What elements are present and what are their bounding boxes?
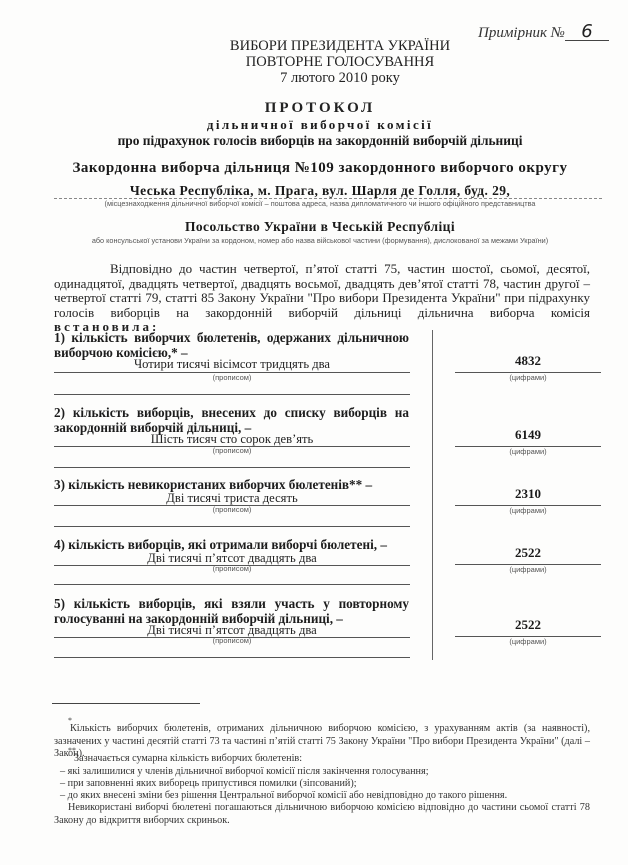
- item-figure: 2522: [455, 545, 601, 561]
- item-words: Дві тисячі триста десять: [54, 491, 410, 506]
- extra-line: [54, 526, 410, 527]
- item-label: 3) кількість невикористаних виборчих бюл…: [54, 477, 434, 492]
- words-caption: (прописом): [54, 636, 410, 645]
- item-label: 2) кількість виборців, внесених до списк…: [54, 405, 409, 435]
- station-name: Закордонна виборча дільниця №109 закордо…: [40, 160, 600, 177]
- words-caption: (прописом): [54, 505, 410, 514]
- election-title: ВИБОРИ ПРЕЗИДЕНТА УКРАЇНИ: [150, 38, 530, 54]
- address-hint: (місцезнаходження дільничної виборчої ко…: [40, 199, 600, 208]
- footnote-2-item: – до яких внесені зміни без рішення Цент…: [60, 790, 590, 803]
- protocol-commission: дільничної виборчої комісії: [60, 117, 580, 133]
- election-date: 7 лютого 2010 року: [150, 70, 530, 86]
- intro-text: Відповідно до частин четвертої, п’ятої с…: [54, 261, 590, 320]
- item-figure: 2310: [455, 486, 601, 502]
- footnote-2-intro: Зазначається сумарна кількість виборчих …: [74, 753, 584, 766]
- station-address: Чеська Республіка, м. Прага, вул. Шарля …: [40, 183, 600, 199]
- item-label: 1) кількість виборчих бюлетенів, одержан…: [54, 330, 409, 360]
- item-label: 4) кількість виборців, які отримали вибо…: [54, 537, 434, 552]
- words-caption: (прописом): [54, 373, 410, 382]
- election-round: ПОВТОРНЕ ГОЛОСУВАННЯ: [150, 54, 530, 70]
- figure-caption: (цифрами): [455, 565, 601, 574]
- extra-line: [54, 467, 410, 468]
- embassy-name: Посольство України в Чеській Республіці: [40, 219, 600, 235]
- item-figure: 2522: [455, 617, 601, 633]
- item-words: Шість тисяч сто сорок дев’ять: [54, 432, 410, 447]
- figure-caption: (цифрами): [455, 506, 601, 515]
- extra-line: [54, 584, 410, 585]
- words-caption: (прописом): [54, 446, 410, 455]
- item-figure: 6149: [455, 427, 601, 443]
- extra-line: [54, 657, 410, 658]
- footnote-2-item: – при заповненні яких виборець припустив…: [60, 778, 590, 791]
- item-label: 5) кількість виборців, які взяли участь …: [54, 596, 409, 626]
- column-divider: [432, 330, 433, 660]
- figure-caption: (цифрами): [455, 373, 601, 382]
- item-words: Чотири тисячі вісімсот тридцять два: [54, 357, 410, 372]
- copy-number-value: 6: [565, 24, 609, 41]
- extra-line: [54, 394, 410, 395]
- intro-paragraph: Відповідно до частин четвертої, п’ятої с…: [54, 262, 590, 335]
- footnote-3: Невикористані виборчі бюлетені погашають…: [54, 802, 590, 827]
- election-header: ВИБОРИ ПРЕЗИДЕНТА УКРАЇНИ ПОВТОРНЕ ГОЛОС…: [150, 38, 530, 86]
- protocol-subject: про підрахунок голосів виборців на закор…: [40, 133, 600, 149]
- words-caption: (прописом): [54, 564, 410, 573]
- footnote-separator: [52, 703, 200, 704]
- figure-caption: (цифрами): [455, 637, 601, 646]
- protocol-title: ПРОТОКОЛ: [60, 100, 580, 117]
- footnote-2-item: – які залишилися у членів дільничної виб…: [60, 766, 590, 779]
- embassy-hint: або консульської установи України за кор…: [40, 236, 600, 245]
- figure-caption: (цифрами): [455, 447, 601, 456]
- item-figure: 4832: [455, 353, 601, 369]
